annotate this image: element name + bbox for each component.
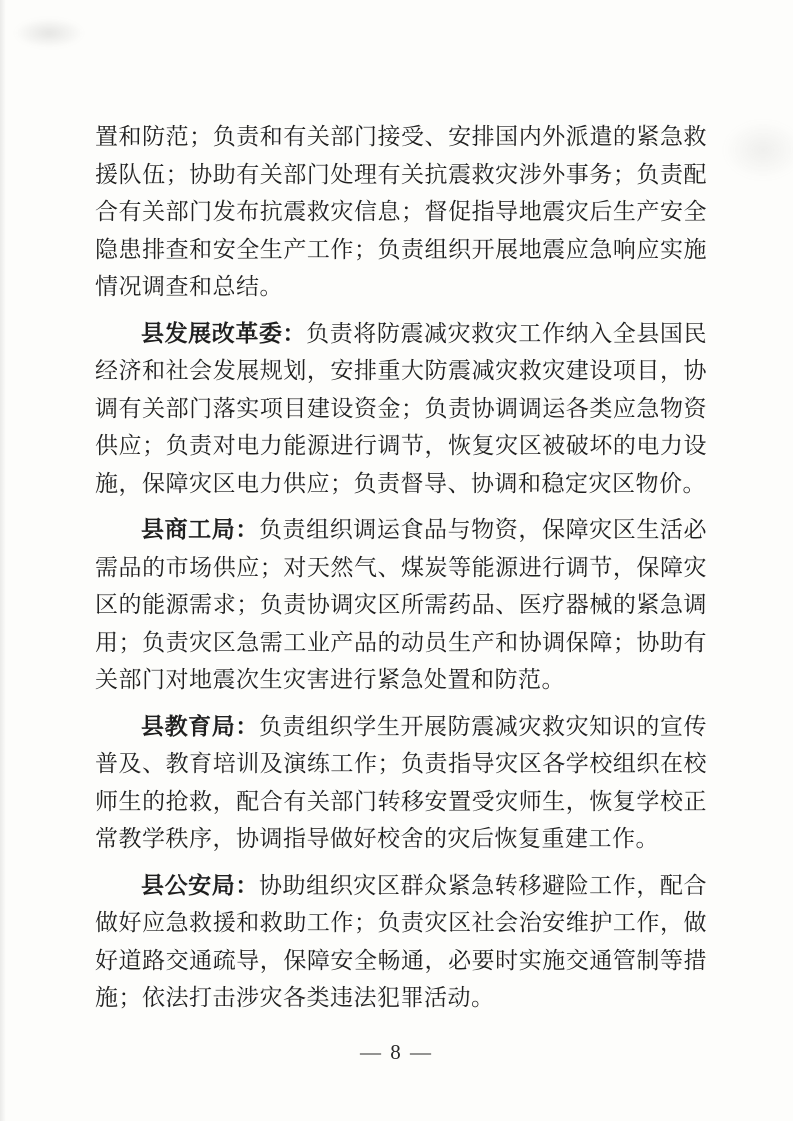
scan-edge-left bbox=[0, 0, 6, 1121]
document-page: 置和防范；负责和有关部门接受、安排国内外派遣的紧急救援队伍；协助有关部门处理有关… bbox=[0, 0, 793, 1121]
department-heading: 县教育局： bbox=[141, 713, 259, 739]
department-heading: 县发展改革委： bbox=[141, 320, 306, 346]
department-heading: 县公安局： bbox=[141, 872, 259, 898]
paragraph-text: 负责组织调运食品与物资，保障灾区生活必需品的市场供应；对天然气、煤炭等能源进行调… bbox=[95, 517, 707, 692]
paragraph-public-security-bureau: 县公安局：协助组织灾区群众紧急转移避险工作，配合做好应急救援和救助工作；负责灾区… bbox=[95, 867, 707, 1017]
paragraph-education-bureau: 县教育局：负责组织学生开展防震减灾救灾知识的宣传普及、教育培训及演练工作；负责指… bbox=[95, 708, 707, 858]
document-body: 置和防范；负责和有关部门接受、安排国内外派遣的紧急救援队伍；协助有关部门处理有关… bbox=[95, 118, 707, 1026]
page-number: — 8 — bbox=[0, 1040, 793, 1065]
paragraph-text: 置和防范；负责和有关部门接受、安排国内外派遣的紧急救援队伍；协助有关部门处理有关… bbox=[95, 124, 707, 299]
paragraph-development-reform-commission: 县发展改革委：负责将防震减灾救灾工作纳入全县国民经济和社会发展规划，安排重大防震… bbox=[95, 315, 707, 503]
scan-artifact-top-left bbox=[14, 18, 84, 48]
department-heading: 县商工局： bbox=[141, 516, 259, 542]
paragraph-commerce-industry-bureau: 县商工局：负责组织调运食品与物资，保障灾区生活必需品的市场供应；对天然气、煤炭等… bbox=[95, 511, 707, 699]
paragraph-text: 负责将防震减灾救灾工作纳入全县国民经济和社会发展规划，安排重大防震减灾救灾建设项… bbox=[95, 321, 707, 496]
paragraph-continuation: 置和防范；负责和有关部门接受、安排国内外派遣的紧急救援队伍；协助有关部门处理有关… bbox=[95, 118, 707, 306]
scan-artifact-top-right bbox=[723, 120, 793, 180]
